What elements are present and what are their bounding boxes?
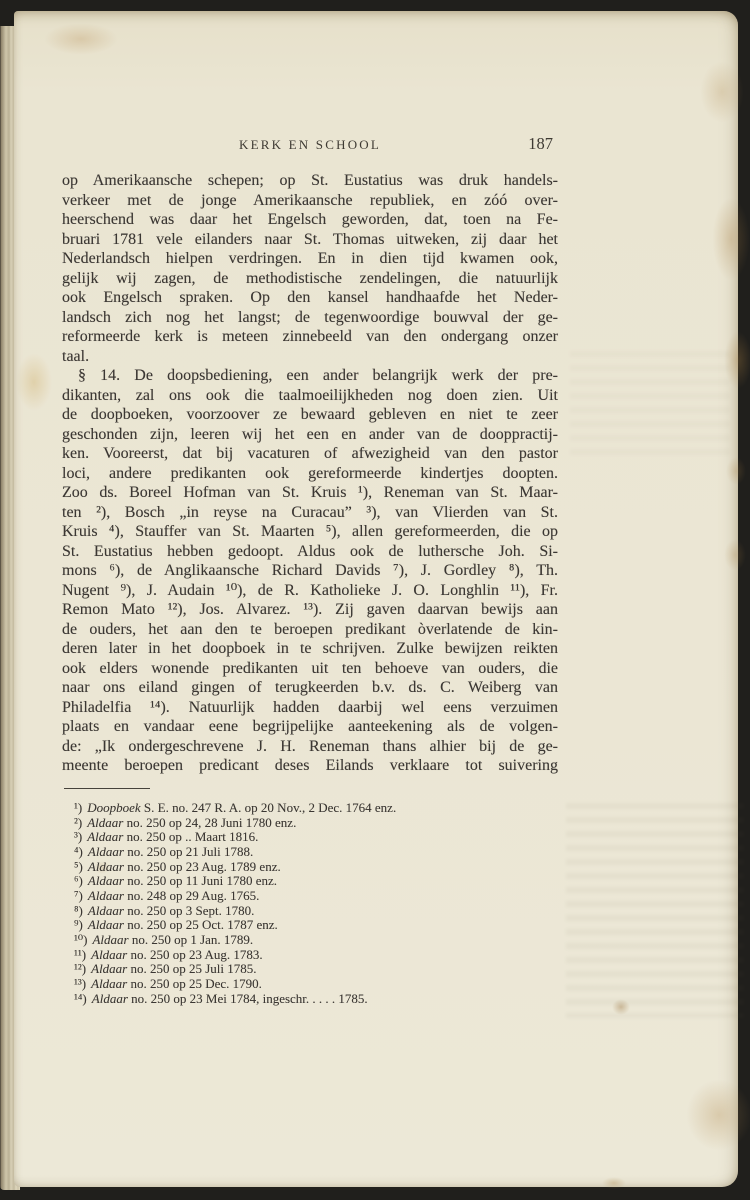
footnote-item: ¹³)Aldaar no. 250 op 25 Dec. 1790.: [62, 977, 558, 992]
text-line: Kruis ⁴), Stauffer van St. Maarten ⁵), a…: [62, 522, 558, 542]
footnote-source: Aldaar: [87, 829, 123, 844]
reverse-side-text-ghost: [570, 351, 730, 461]
running-head: KERK EN SCHOOL 187: [62, 132, 558, 154]
footnote-source: Aldaar: [91, 976, 127, 991]
running-title: KERK EN SCHOOL: [239, 137, 381, 153]
text-line: Nederlandsch hielpen verdringen. En in d…: [62, 249, 558, 269]
book-page: KERK EN SCHOOL 187 op Amerikaansche sche…: [14, 11, 738, 1187]
footnote-source: Aldaar: [92, 932, 128, 947]
footnote-marker: ¹¹): [74, 947, 86, 962]
footnote-source: Aldaar: [88, 844, 124, 859]
text-line: § 14. De doopsbediening, een ander belan…: [62, 366, 558, 386]
text-line: ken. Vooreerst, dat bij vacaturen of afw…: [62, 444, 558, 464]
foxing-stain: [602, 1177, 626, 1189]
text-line: dikanten, zal ons ook die taalmoeilijkhe…: [62, 386, 558, 406]
footnote-item: ¹⁰)Aldaar no. 250 op 1 Jan. 1789.: [62, 933, 558, 948]
foxing-stain: [612, 999, 630, 1015]
footnote-text: no. 250 op 23 Aug. 1783.: [127, 947, 262, 962]
footnote-text: no. 248 op 29 Aug. 1765.: [124, 888, 259, 903]
text-line: ten ²), Bosch „in reyse na Curacau” ³), …: [62, 503, 558, 523]
footnote-item: ⁴)Aldaar no. 250 op 21 Juli 1788.: [62, 845, 558, 860]
footnote-text: no. 250 op 3 Sept. 1780.: [124, 903, 254, 918]
foxing-stain: [700, 61, 744, 123]
footnote-marker: ⁸): [74, 903, 83, 918]
text-line: op Amerikaansche schepen; op St. Eustati…: [62, 171, 558, 191]
text-line: ook Engelsch spraken. Op den kansel hand…: [62, 288, 558, 308]
paragraph: § 14. De doopsbediening, een ander belan…: [62, 366, 558, 776]
footnote-item: ⁶)Aldaar no. 250 op 11 Juni 1780 enz.: [62, 874, 558, 889]
text-line: de ouders, het aan den te beroepen predi…: [62, 620, 558, 640]
footnote-source: Aldaar: [91, 961, 127, 976]
text-line: plaats en vandaar eene begrijpelijke aan…: [62, 717, 558, 737]
text-line: ook elders wonende predikanten uit ten b…: [62, 659, 558, 679]
footnote-text: no. 250 op 25 Dec. 1790.: [127, 976, 262, 991]
footnote-marker: ⁵): [74, 859, 83, 874]
text-line: de: „Ik ondergeschrevene J. H. Reneman t…: [62, 737, 558, 757]
footnote-text: no. 250 op 11 Juni 1780 enz.: [124, 873, 277, 888]
text-line: Nugent ⁹), J. Audain ¹⁰), de R. Katholie…: [62, 581, 558, 601]
footnote-text: no. 250 op 25 Oct. 1787 enz.: [124, 917, 278, 932]
footnote-text: no. 250 op 23 Aug. 1789 enz.: [124, 859, 281, 874]
footnote-marker: ¹⁰): [74, 932, 87, 947]
text-line: deren later in het doopboek in te schrij…: [62, 639, 558, 659]
footnote-marker: ¹³): [74, 976, 86, 991]
footnote-item: ¹⁴)Aldaar no. 250 op 23 Mei 1784, ingesc…: [62, 992, 558, 1007]
footnote-source: Doopboek: [87, 800, 140, 815]
text-line: de doopboeken, voorzoover ze bewaard geb…: [62, 405, 558, 425]
text-line: bruari 1781 vele eilanders naar St. Thom…: [62, 230, 558, 250]
text-line: heerschend was daar het Engelsch geworde…: [62, 210, 558, 230]
footnote-item: ⁷)Aldaar no. 248 op 29 Aug. 1765.: [62, 889, 558, 904]
footnote-marker: ¹): [74, 800, 82, 815]
footnote-item: ⁸)Aldaar no. 250 op 3 Sept. 1780.: [62, 904, 558, 919]
text-line: Remon Mato ¹²), Jos. Alvarez. ¹³). Zij g…: [62, 600, 558, 620]
footnote-text: no. 250 op 21 Juli 1788.: [124, 844, 253, 859]
text-line: Zoo ds. Boreel Hofman van St. Kruis ¹), …: [62, 483, 558, 503]
footnote-source: Aldaar: [88, 888, 124, 903]
footnote-marker: ⁷): [74, 888, 83, 903]
text-line: taal.: [62, 347, 558, 367]
text-line: meente beroepen predicant deses Eilands …: [62, 756, 558, 776]
footnote-rule: [64, 788, 150, 789]
footnote-item: ⁵)Aldaar no. 250 op 23 Aug. 1789 enz.: [62, 860, 558, 875]
footnote-item: ⁹)Aldaar no. 250 op 25 Oct. 1787 enz.: [62, 918, 558, 933]
footnote-source: Aldaar: [92, 991, 128, 1006]
foxing-stain: [726, 457, 746, 485]
foxing-stain: [724, 539, 746, 571]
footnote-marker: ¹⁴): [74, 991, 87, 1006]
footnote-item: ¹²)Aldaar no. 250 op 25 Juli 1785.: [62, 962, 558, 977]
foxing-stain: [16, 353, 52, 411]
footnote-source: Aldaar: [88, 917, 124, 932]
footnote-marker: ¹²): [74, 961, 86, 976]
footnote-text: S. E. no. 247 R. A. op 20 Nov., 2 Dec. 1…: [141, 800, 397, 815]
page-number: 187: [528, 134, 553, 154]
text-line: reformeerde kerk is meteen zinnebeeld va…: [62, 327, 558, 347]
text-line: naar ons eiland gingen of terugkeerden b…: [62, 678, 558, 698]
text-line: mons ⁶), de Anglikaansche Richard Davids…: [62, 561, 558, 581]
footnote-item: ²)Aldaar no. 250 op 24, 28 Juni 1780 enz…: [62, 816, 558, 831]
body-text: op Amerikaansche schepen; op St. Eustati…: [62, 171, 558, 776]
footnote-marker: ⁶): [74, 873, 83, 888]
footnote-text: no. 250 op 23 Mei 1784, ingeschr. . . . …: [128, 991, 368, 1006]
footnote-source: Aldaar: [87, 815, 123, 830]
footnote-source: Aldaar: [88, 873, 124, 888]
reverse-side-text-ghost: [566, 803, 744, 1018]
footnote-text: no. 250 op 1 Jan. 1789.: [129, 932, 254, 947]
foxing-stain: [686, 1079, 750, 1151]
footnote-marker: ²): [74, 815, 82, 830]
footnote-source: Aldaar: [88, 903, 124, 918]
foxing-stain: [712, 197, 750, 281]
text-block: KERK EN SCHOOL 187 op Amerikaansche sche…: [62, 11, 558, 1187]
footnote-text: no. 250 op 25 Juli 1785.: [127, 961, 256, 976]
text-line: verkeer met de jonge Amerikaansche repub…: [62, 191, 558, 211]
footnote-marker: ³): [74, 829, 82, 844]
footnote-source: Aldaar: [88, 859, 124, 874]
footnote-marker: ⁴): [74, 844, 83, 859]
footnote-item: ³)Aldaar no. 250 op .. Maart 1816.: [62, 830, 558, 845]
text-line: geschonden zijn, leeren wij het een en a…: [62, 425, 558, 445]
scanned-book-photo: { "header": { "title": "KERK EN SCHOOL",…: [0, 0, 750, 1200]
footnote-item: ¹)Doopboek S. E. no. 247 R. A. op 20 Nov…: [62, 801, 558, 816]
text-line: loci, andere predikanten ook gereformeer…: [62, 464, 558, 484]
footnote-source: Aldaar: [91, 947, 127, 962]
text-line: landsch zich nog het langst; de tegenwoo…: [62, 308, 558, 328]
footnotes: ¹)Doopboek S. E. no. 247 R. A. op 20 Nov…: [62, 801, 558, 1006]
footnote-text: no. 250 op .. Maart 1816.: [123, 829, 258, 844]
text-line: St. Eustatius hebben gedoopt. Aldus ook …: [62, 542, 558, 562]
text-line: Philadelfia ¹⁴). Natuurlijk hadden daarb…: [62, 698, 558, 718]
footnote-text: no. 250 op 24, 28 Juni 1780 enz.: [123, 815, 296, 830]
footnote-item: ¹¹)Aldaar no. 250 op 23 Aug. 1783.: [62, 948, 558, 963]
foxing-stain: [724, 331, 750, 389]
text-line: gelijk wij zagen, de methodistische zend…: [62, 269, 558, 289]
paragraph: op Amerikaansche schepen; op St. Eustati…: [62, 171, 558, 366]
footnote-marker: ⁹): [74, 917, 83, 932]
